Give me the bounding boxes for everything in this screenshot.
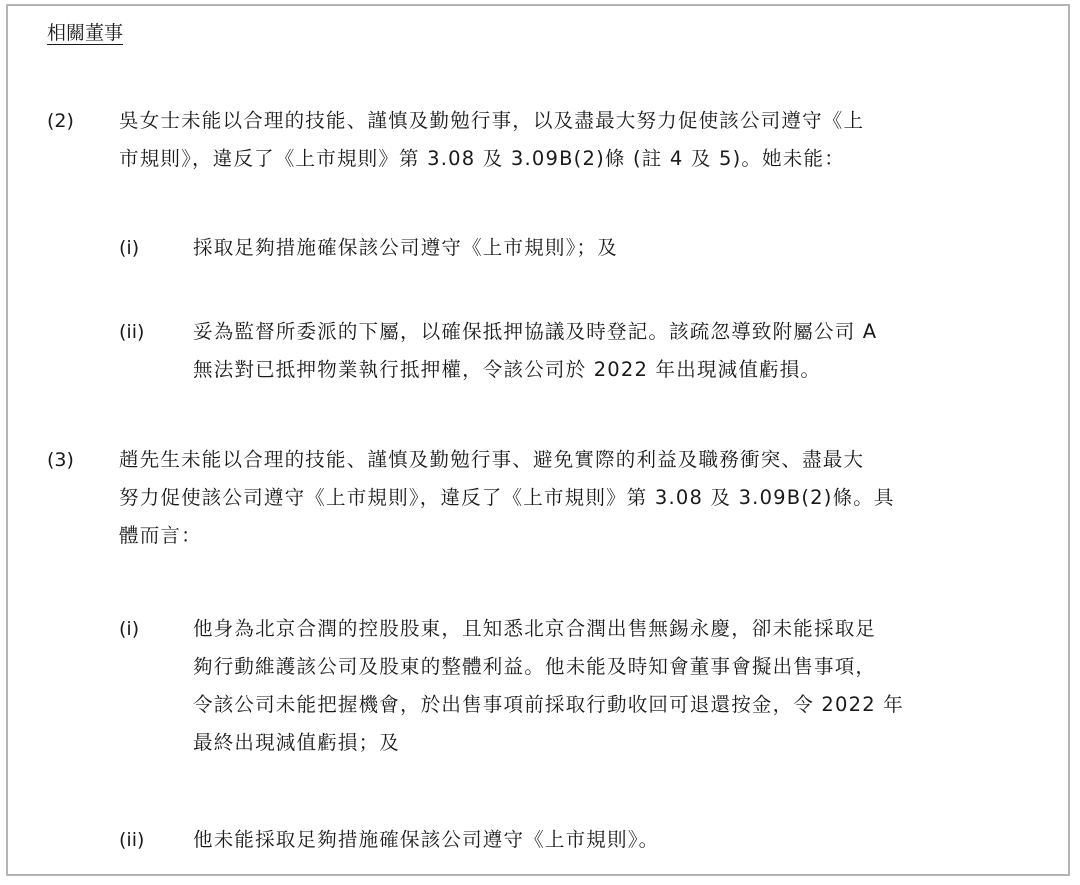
item-number: (2): [47, 102, 74, 140]
item-number: (3): [47, 441, 74, 479]
paragraph-line: 最終出現減值虧損；及: [193, 724, 904, 762]
paragraph-line: 努力促使該公司遵守《上市規則》，違反了《上市規則》第 3.08 及 3.09B(…: [119, 479, 895, 517]
subitem-number: (ii): [119, 313, 144, 351]
paragraph-line: 夠行動維護該公司及股東的整體利益。他未能及時知會董事會擬出售事項，: [193, 648, 904, 686]
section-heading: 相關董事: [47, 21, 123, 45]
paragraph-line: 妥為監督所委派的下屬，以確保抵押協議及時登記。該疏忽導致附屬公司 A: [193, 313, 877, 351]
subitem-paragraph: 採取足夠措施確保該公司遵守《上市規則》；及: [193, 229, 618, 267]
paragraph-line: 吳女士未能以合理的技能、謹慎及勤勉行事，以及盡最大努力促使該公司遵守《上: [119, 102, 864, 140]
subitem-paragraph: 他未能採取足夠措施確保該公司遵守《上市規則》。: [193, 821, 659, 859]
subitem-number: (ii): [119, 821, 144, 859]
paragraph-line: 他身為北京合潤的控股股東，且知悉北京合潤出售無錫永慶，卻未能採取足: [193, 610, 904, 648]
subitem-number: (i): [119, 229, 139, 267]
item-paragraph: 趙先生未能以合理的技能、謹慎及勤勉行事、避免實際的利益及職務衝突、盡最大 努力促…: [119, 441, 895, 555]
paragraph-line: 無法對已抵押物業執行抵押權，令該公司於 2022 年出現減值虧損。: [193, 351, 877, 389]
paragraph-line: 市規則》，違反了《上市規則》第 3.08 及 3.09B(2)條 (註 4 及 …: [119, 140, 864, 178]
paragraph-line: 令該公司未能把握機會，於出售事項前採取行動收回可退還按金，令 2022 年: [193, 686, 904, 724]
paragraph-line: 趙先生未能以合理的技能、謹慎及勤勉行事、避免實際的利益及職務衝突、盡最大: [119, 441, 895, 479]
subitem-number: (i): [119, 610, 139, 648]
item-paragraph: 吳女士未能以合理的技能、謹慎及勤勉行事，以及盡最大努力促使該公司遵守《上 市規則…: [119, 102, 864, 178]
paragraph-line: 他未能採取足夠措施確保該公司遵守《上市規則》。: [193, 821, 659, 859]
paragraph-line: 採取足夠措施確保該公司遵守《上市規則》；及: [193, 229, 618, 267]
subitem-paragraph: 他身為北京合潤的控股股東，且知悉北京合潤出售無錫永慶，卻未能採取足 夠行動維護該…: [193, 610, 904, 762]
subitem-paragraph: 妥為監督所委派的下屬，以確保抵押協議及時登記。該疏忽導致附屬公司 A 無法對已抵…: [193, 313, 877, 389]
paragraph-line: 體而言：: [119, 517, 895, 555]
